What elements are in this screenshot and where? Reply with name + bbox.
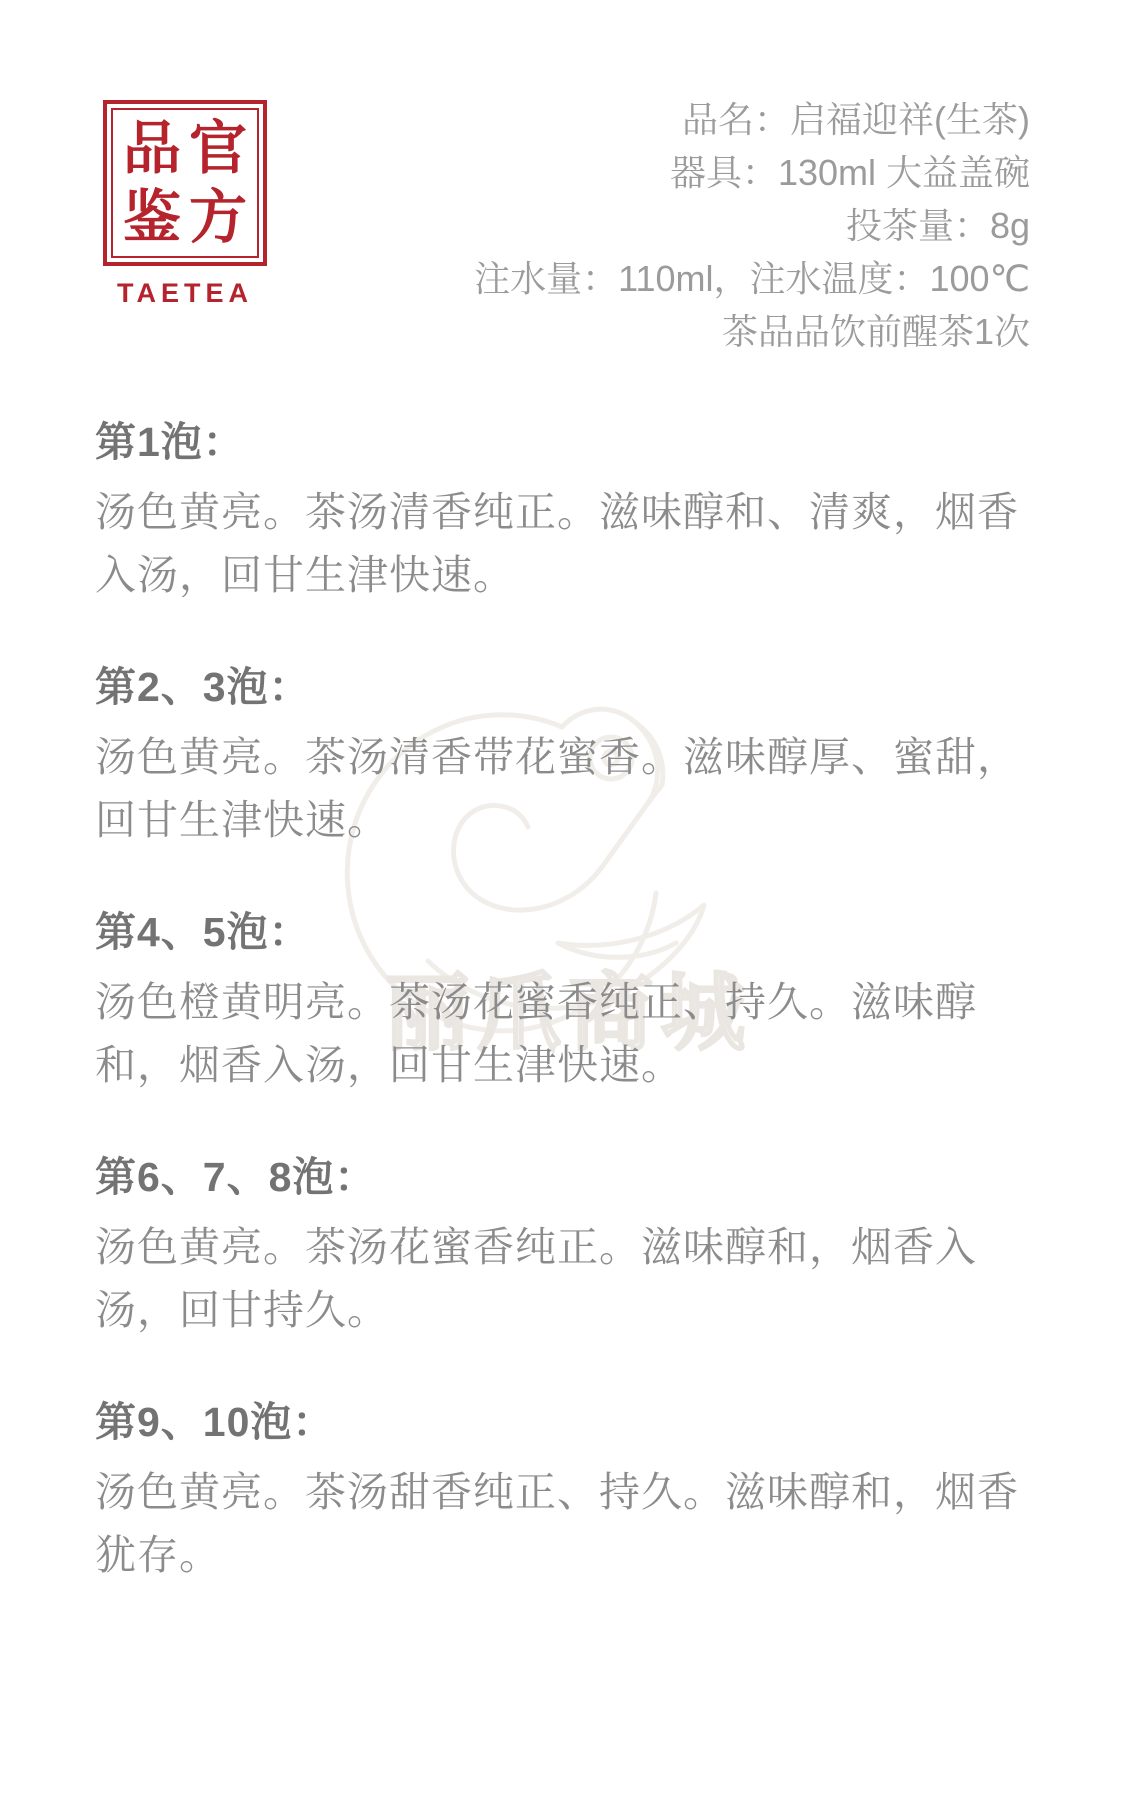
tasting-note-page: 丽爪商城 品 官 鉴 方 TAETEA 品名：启福迎祥(生茶) 器具：130ml… bbox=[0, 0, 1125, 1818]
brand-block: 品 官 鉴 方 TAETEA bbox=[103, 100, 267, 309]
section-heading: 第4、5泡： bbox=[95, 908, 1035, 957]
seal-char: 鉴 bbox=[123, 186, 181, 250]
section-body: 汤色黄亮。茶汤甜香纯正、持久。滋味醇和，烟香犹存。 bbox=[95, 1461, 1035, 1587]
tasting-section-9-10: 第9、10泡： 汤色黄亮。茶汤甜香纯正、持久。滋味醇和，烟香犹存。 bbox=[95, 1398, 1035, 1587]
info-line-product-name: 品名：启福迎祥(生茶) bbox=[474, 93, 1030, 146]
section-heading: 第2、3泡： bbox=[95, 663, 1035, 712]
section-body: 汤色橙黄明亮。茶汤花蜜香纯正、持久。滋味醇和，烟香入汤，回甘生津快速。 bbox=[95, 971, 1035, 1097]
info-line-tea-amount: 投茶量：8g bbox=[474, 199, 1030, 252]
section-body: 汤色黄亮。茶汤清香纯正。滋味醇和、清爽，烟香入汤，回甘生津快速。 bbox=[95, 481, 1035, 607]
seal-inner-frame: 品 官 鉴 方 bbox=[111, 108, 259, 258]
section-heading: 第1泡： bbox=[95, 418, 1035, 467]
official-tasting-seal-icon: 品 官 鉴 方 bbox=[103, 100, 267, 266]
tasting-section-6-7-8: 第6、7、8泡： 汤色黄亮。茶汤花蜜香纯正。滋味醇和，烟香入汤，回甘持久。 bbox=[95, 1153, 1035, 1342]
seal-char: 方 bbox=[189, 186, 247, 250]
tasting-section-2-3: 第2、3泡： 汤色黄亮。茶汤清香带花蜜香。滋味醇厚、蜜甜，回甘生津快速。 bbox=[95, 663, 1035, 852]
info-line-water: 注水量：110ml，注水温度：100℃ bbox=[474, 252, 1030, 305]
tasting-sections: 第1泡： 汤色黄亮。茶汤清香纯正。滋味醇和、清爽，烟香入汤，回甘生津快速。 第2… bbox=[95, 418, 1035, 1643]
section-body: 汤色黄亮。茶汤花蜜香纯正。滋味醇和，烟香入汤，回甘持久。 bbox=[95, 1216, 1035, 1342]
info-line-rinse: 茶品品饮前醒茶1次 bbox=[474, 305, 1030, 358]
product-info-block: 品名：启福迎祥(生茶) 器具：130ml 大益盖碗 投茶量：8g 注水量：110… bbox=[474, 93, 1030, 358]
info-line-vessel: 器具：130ml 大益盖碗 bbox=[474, 146, 1030, 199]
section-heading: 第6、7、8泡： bbox=[95, 1153, 1035, 1202]
section-heading: 第9、10泡： bbox=[95, 1398, 1035, 1447]
section-body: 汤色黄亮。茶汤清香带花蜜香。滋味醇厚、蜜甜，回甘生津快速。 bbox=[95, 726, 1035, 852]
tasting-section-4-5: 第4、5泡： 汤色橙黄明亮。茶汤花蜜香纯正、持久。滋味醇和，烟香入汤，回甘生津快… bbox=[95, 908, 1035, 1097]
brand-wordmark: TAETEA bbox=[103, 278, 267, 309]
seal-char: 官 bbox=[189, 117, 247, 181]
seal-char: 品 bbox=[123, 117, 181, 181]
tasting-section-1: 第1泡： 汤色黄亮。茶汤清香纯正。滋味醇和、清爽，烟香入汤，回甘生津快速。 bbox=[95, 418, 1035, 607]
